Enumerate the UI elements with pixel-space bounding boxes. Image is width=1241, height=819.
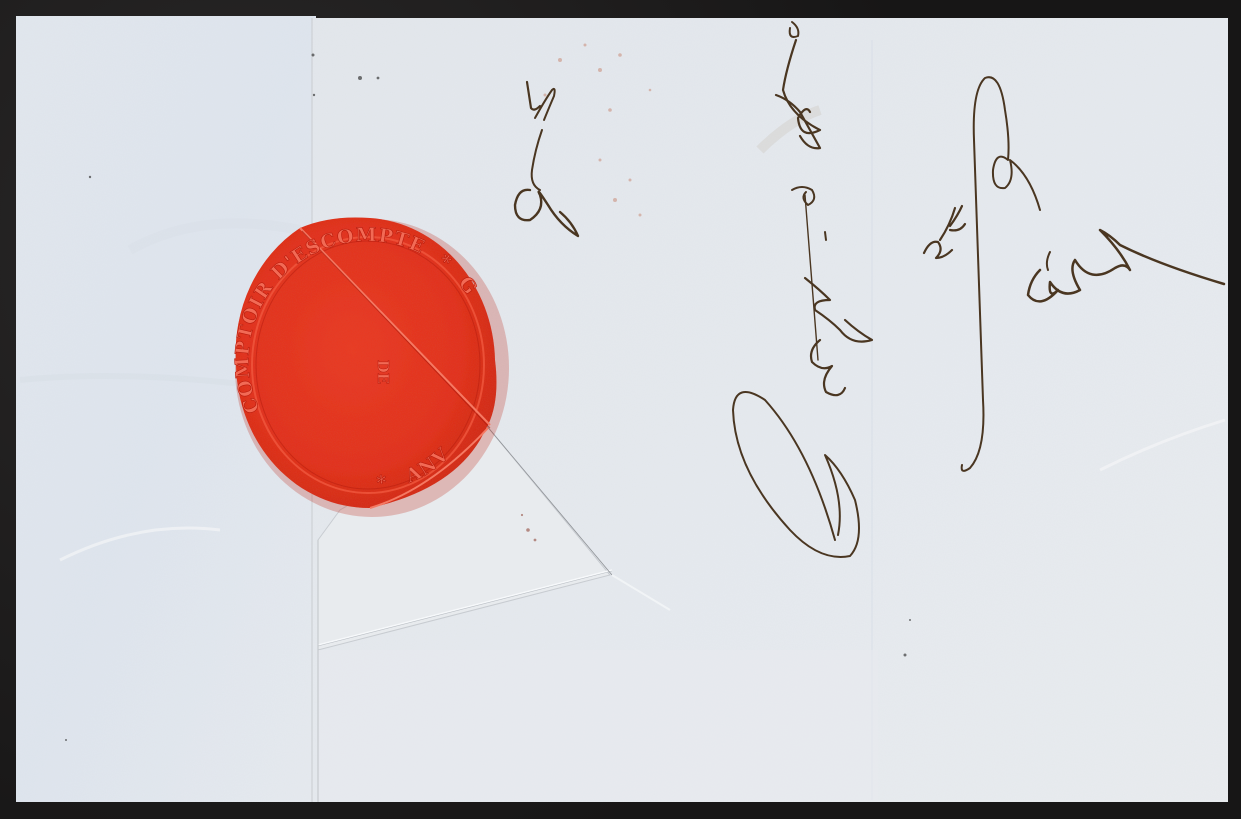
seal-center-text: DE <box>374 360 392 384</box>
folded-letter: COMPTOIR D'ESCOMPTE * GAND * ANV DE <box>0 0 1241 819</box>
letter-photo: COMPTOIR D'ESCOMPTE * GAND * ANV DE <box>0 0 1241 819</box>
